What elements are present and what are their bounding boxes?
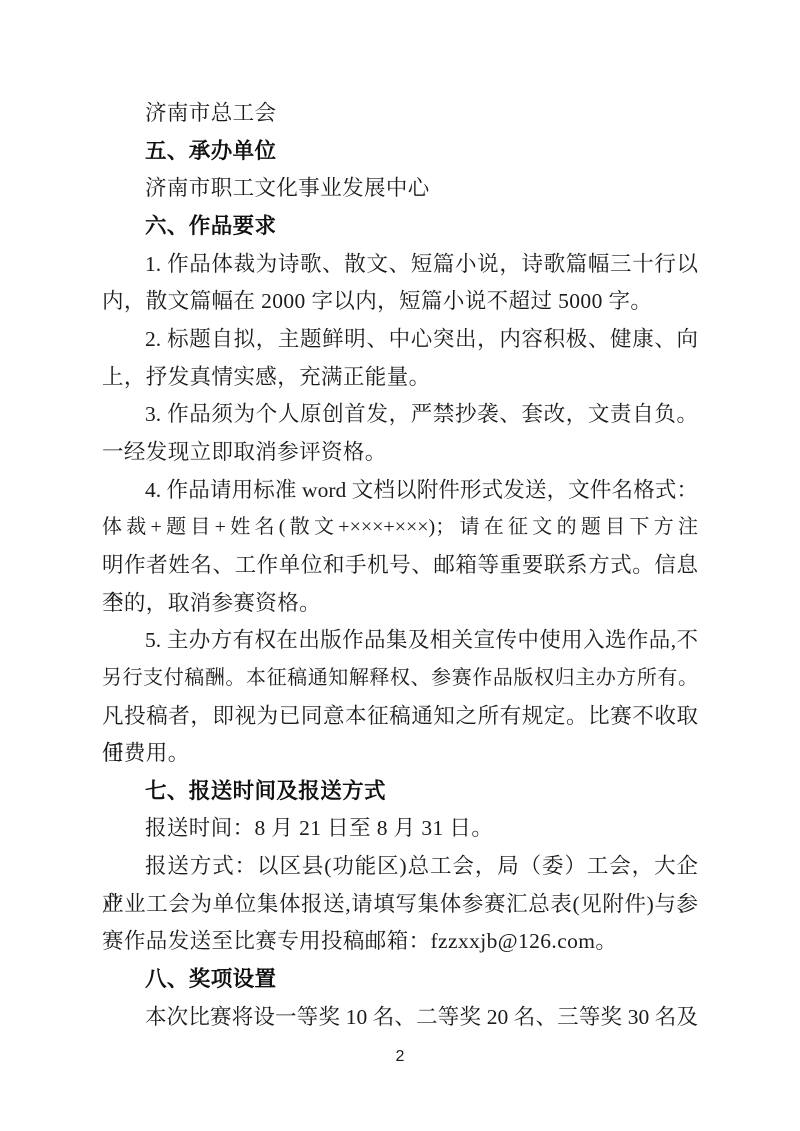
requirement-2-line-2: 上，抒发真情实感，充满正能量。 (102, 359, 698, 397)
requirement-1-line-2: 内，散文篇幅在 2000 字以内，短篇小说不超过 5000 字。 (102, 283, 698, 321)
undertaker-name: 济南市职工文化事业发展中心 (102, 170, 698, 208)
heading-section-6: 六、作品要求 (102, 208, 698, 246)
requirement-3-line-1: 3. 作品须为个人原创首发，严禁抄袭、套改，文责自负。 (102, 396, 698, 434)
awards-intro-line: 本次比赛将设一等奖 10 名、二等奖 20 名、三等奖 30 名及 (102, 999, 698, 1037)
requirement-5-line-4: 何费用。 (102, 735, 698, 773)
requirement-5-line-3: 凡投稿者，即视为已同意本征稿通知之所有规定。比赛不收取任 (102, 698, 698, 736)
heading-section-5: 五、承办单位 (102, 133, 698, 171)
requirement-3-line-2: 一经发现立即取消参评资格。 (102, 434, 698, 472)
submission-method-line-1: 报送方式：以区县(功能区)总工会，局（委）工会，大企业、 (102, 848, 698, 886)
requirement-4-line-4: 全的，取消参赛资格。 (102, 585, 698, 623)
page-number: 2 (102, 1047, 698, 1067)
heading-section-7: 七、报送时间及报送方式 (102, 773, 698, 811)
organizer-name: 济南市总工会 (102, 95, 698, 133)
requirement-5-line-2: 另行支付稿酬。本征稿通知解释权、参赛作品版权归主办方所有。 (102, 660, 698, 698)
heading-section-8: 八、奖项设置 (102, 961, 698, 999)
requirement-4-line-3: 明作者姓名、工作单位和手机号、邮箱等重要联系方式。信息不 (102, 547, 698, 585)
requirement-5-line-1: 5. 主办方有权在出版作品集及相关宣传中使用入选作品,不 (102, 622, 698, 660)
requirement-4-line-2: 体裁+题目+姓名(散文+×××+×××)；请在征文的题目下方注 (102, 509, 698, 547)
submission-method-line-3-email: 赛作品发送至比赛专用投稿邮箱：fzzxxjb@126.com。 (102, 923, 698, 961)
requirement-1-line-1: 1. 作品体裁为诗歌、散文、短篇小说，诗歌篇幅三十行以 (102, 246, 698, 284)
submission-time: 报送时间：8 月 21 日至 8 月 31 日。 (102, 810, 698, 848)
requirement-4-line-1: 4. 作品请用标准 word 文档以附件形式发送，文件名格式： (102, 472, 698, 510)
submission-method-line-2: 产业工会为单位集体报送,请填写集体参赛汇总表(见附件)与参 (102, 886, 698, 924)
document-page: 济南市总工会 五、承办单位 济南市职工文化事业发展中心 六、作品要求 1. 作品… (0, 0, 800, 1131)
requirement-2-line-1: 2. 标题自拟，主题鲜明、中心突出，内容积极、健康、向 (102, 321, 698, 359)
